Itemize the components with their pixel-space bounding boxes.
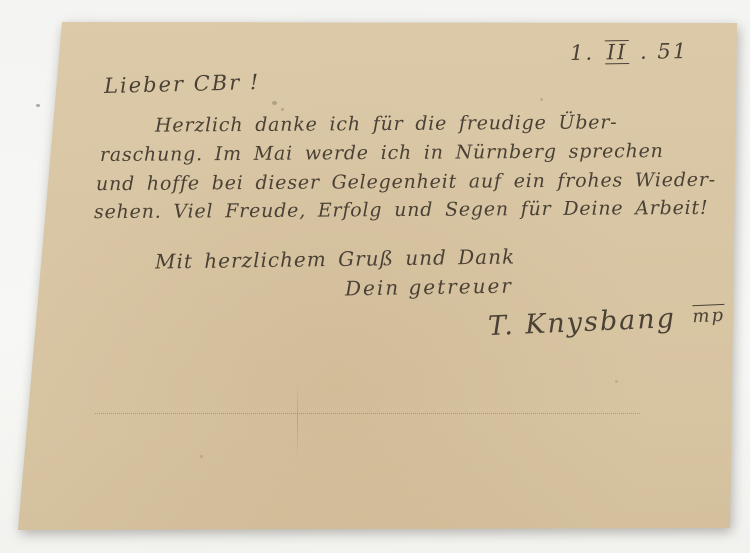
horizontal-crease (95, 413, 640, 414)
paper-speck (540, 98, 543, 101)
postcard: 1. II . 51 Lieber CBr ! Herzlich danke i… (0, 0, 750, 553)
closing-valediction: Dein getreuer (345, 274, 513, 301)
date-line: 1. II . 51 (570, 39, 688, 65)
paper-speck (200, 455, 203, 458)
scan-backdrop: 1. II . 51 Lieber CBr ! Herzlich danke i… (0, 0, 750, 553)
signature-manu-propria: mp (692, 304, 726, 327)
date-day: 1. (570, 41, 594, 65)
body-line-3: und hoffe bei dieser Gelegenheit auf ein… (96, 169, 716, 195)
salutation: Lieber CBr ! (104, 70, 261, 98)
paper-speck (272, 101, 277, 105)
date-roman-month: II (605, 40, 630, 64)
body-line-4: sehen. Viel Freude, Erfolg und Segen für… (94, 197, 709, 223)
body-line-1: Herzlich danke ich für die freudige Über… (155, 111, 618, 136)
signature-name: T. Knysbang (487, 303, 676, 342)
paper-speck (281, 108, 284, 111)
paper-speck (615, 380, 618, 383)
closing-greeting: Mit herzlichem Gruß und Dank (155, 244, 515, 273)
postcard-shadow: 1. II . 51 Lieber CBr ! Herzlich danke i… (0, 0, 750, 553)
signature: T. Knysbang mp (487, 301, 725, 342)
vertical-crease (297, 384, 298, 460)
backdrop-speck (36, 104, 40, 107)
date-year: . 51 (640, 39, 688, 64)
body-line-2: raschung. Im Mai werde ich in Nürnberg s… (100, 140, 664, 166)
